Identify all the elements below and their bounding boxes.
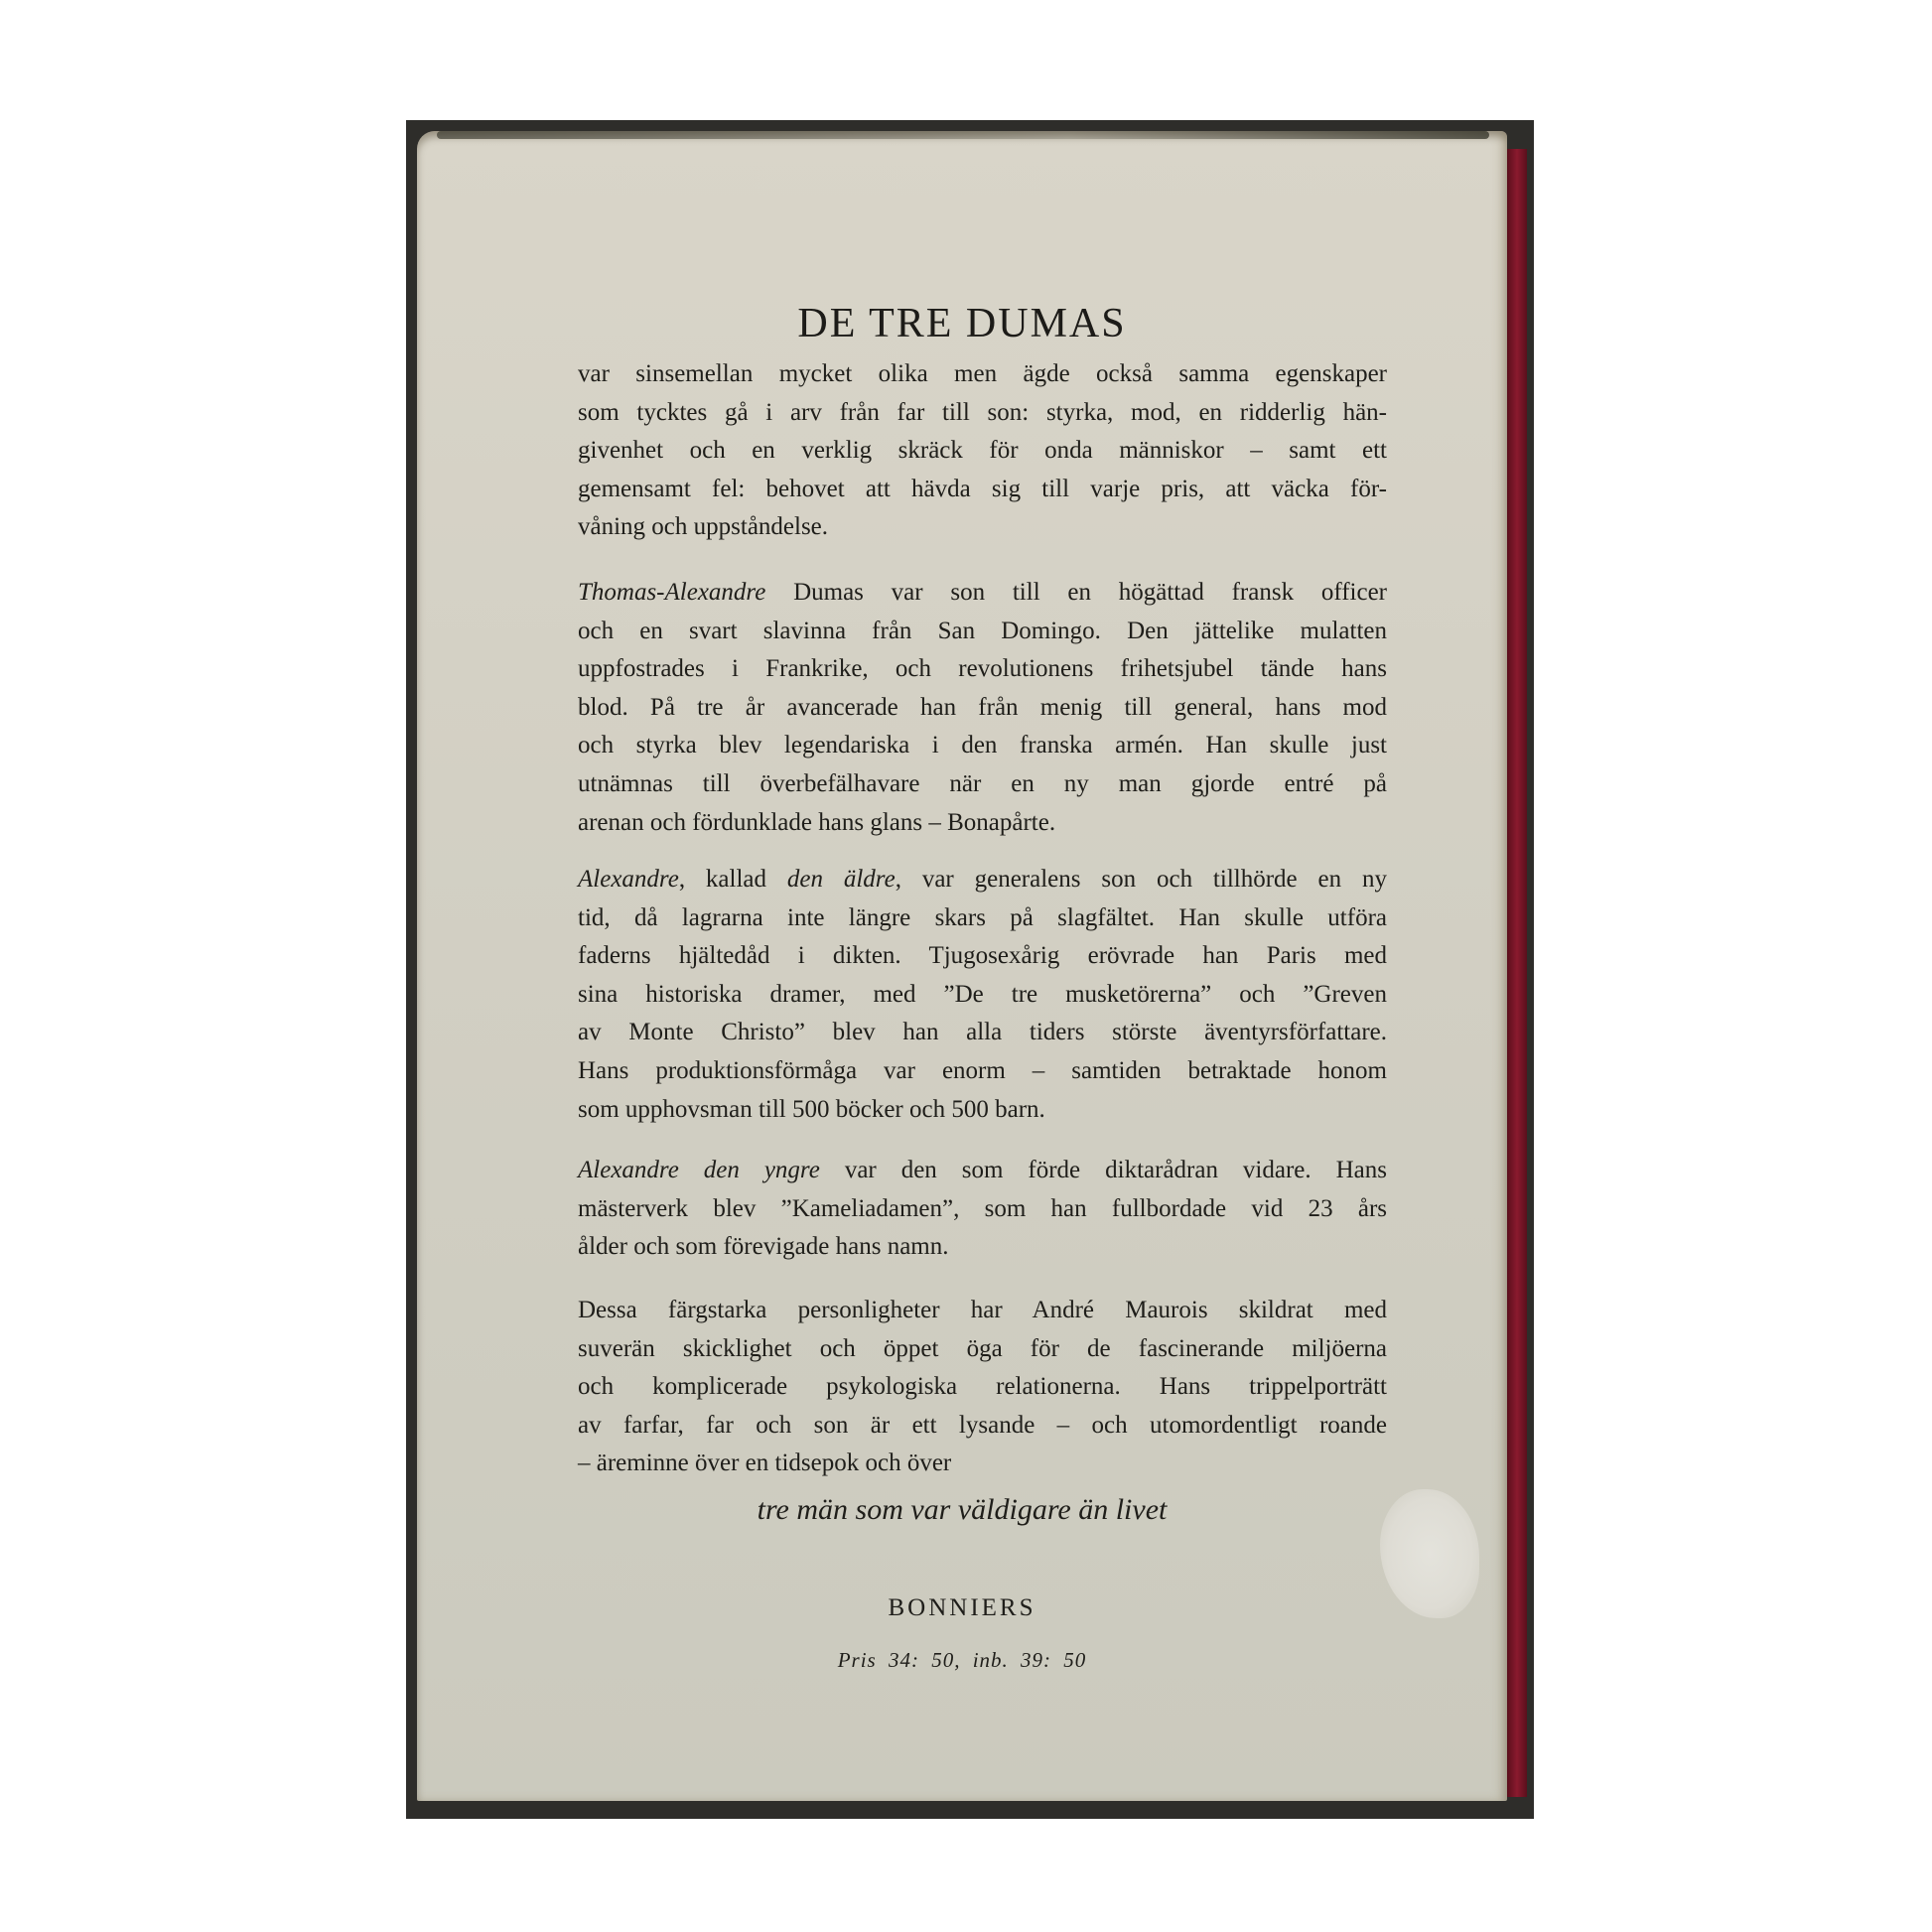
text-line: Alexandre den yngre var den som förde di… — [578, 1152, 1387, 1190]
text-line: gemensamt fel: behovet att hävda sig til… — [578, 471, 1387, 509]
text-line: av farfar, far och son är ett lysande – … — [578, 1407, 1387, 1446]
text-line: Hans produktionsförmåga var enorm – samt… — [578, 1052, 1387, 1091]
book-spine-edge — [1507, 149, 1527, 1797]
text-line: var sinsemellan mycket olika men ägde oc… — [578, 355, 1387, 394]
publisher-name: BONNIERS — [417, 1594, 1507, 1622]
text-line: Alexandre, kallad den äldre, var general… — [578, 861, 1387, 899]
text-line: suverän skicklighet och öppet öga för de… — [578, 1330, 1387, 1369]
text-line: utnämnas till överbefälhavare när en ny … — [578, 765, 1387, 804]
text-line: givenhet och en verklig skräck för onda … — [578, 432, 1387, 471]
jacket-worn-edge — [437, 131, 1489, 139]
text-line: Dessa färgstarka personligheter har Andr… — [578, 1292, 1387, 1330]
price-line: Pris 34: 50, inb. 39: 50 — [417, 1648, 1507, 1673]
text-line: tid, då lagrarna inte längre skars på sl… — [578, 899, 1387, 938]
text-line: – äreminne över en tidsepok och över — [578, 1445, 1387, 1483]
text-line: arenan och fördunklade hans glans – Bona… — [578, 804, 1387, 843]
text-line: mästerverk blev ”Kameliadamen”, som han … — [578, 1190, 1387, 1229]
text-line: uppfostrades i Frankrike, och revolution… — [578, 650, 1387, 689]
text-line: som tycktes gå i arv från far till son: … — [578, 394, 1387, 433]
text-line: blod. På tre år avancerade han från meni… — [578, 689, 1387, 728]
blurb-paragraph-intro: var sinsemellan mycket olika men ägde oc… — [578, 355, 1387, 547]
tagline: tre män som var väldigare än livet — [417, 1493, 1507, 1527]
text-line: Thomas-Alexandre Dumas var son till en h… — [578, 574, 1387, 613]
text-line: våning och uppståndelse. — [578, 508, 1387, 547]
text-line: faderns hjältedåd i dikten. Tjugosexårig… — [578, 937, 1387, 976]
text-line: och en svart slavinna från San Domingo. … — [578, 613, 1387, 651]
blurb-paragraph-thomas-alexandre: Thomas-Alexandre Dumas var son till en h… — [578, 574, 1387, 842]
text-line: sina historiska dramer, med ”De tre musk… — [578, 976, 1387, 1015]
text-line: som upphovsman till 500 böcker och 500 b… — [578, 1091, 1387, 1130]
text-line: och styrka blev legendariska i den frans… — [578, 727, 1387, 765]
book-title: DE TRE DUMAS — [417, 300, 1507, 347]
blurb-paragraph-alexandre-elder: Alexandre, kallad den äldre, var general… — [578, 861, 1387, 1129]
text-line: av Monte Christo” blev han alla tiders s… — [578, 1014, 1387, 1052]
text-line: ålder och som förevigade hans namn. — [578, 1228, 1387, 1267]
blurb-paragraph-maurois: Dessa färgstarka personligheter har Andr… — [578, 1292, 1387, 1483]
text-line: och komplicerade psykologiska relationer… — [578, 1368, 1387, 1407]
blurb-paragraph-alexandre-younger: Alexandre den yngre var den som förde di… — [578, 1152, 1387, 1267]
